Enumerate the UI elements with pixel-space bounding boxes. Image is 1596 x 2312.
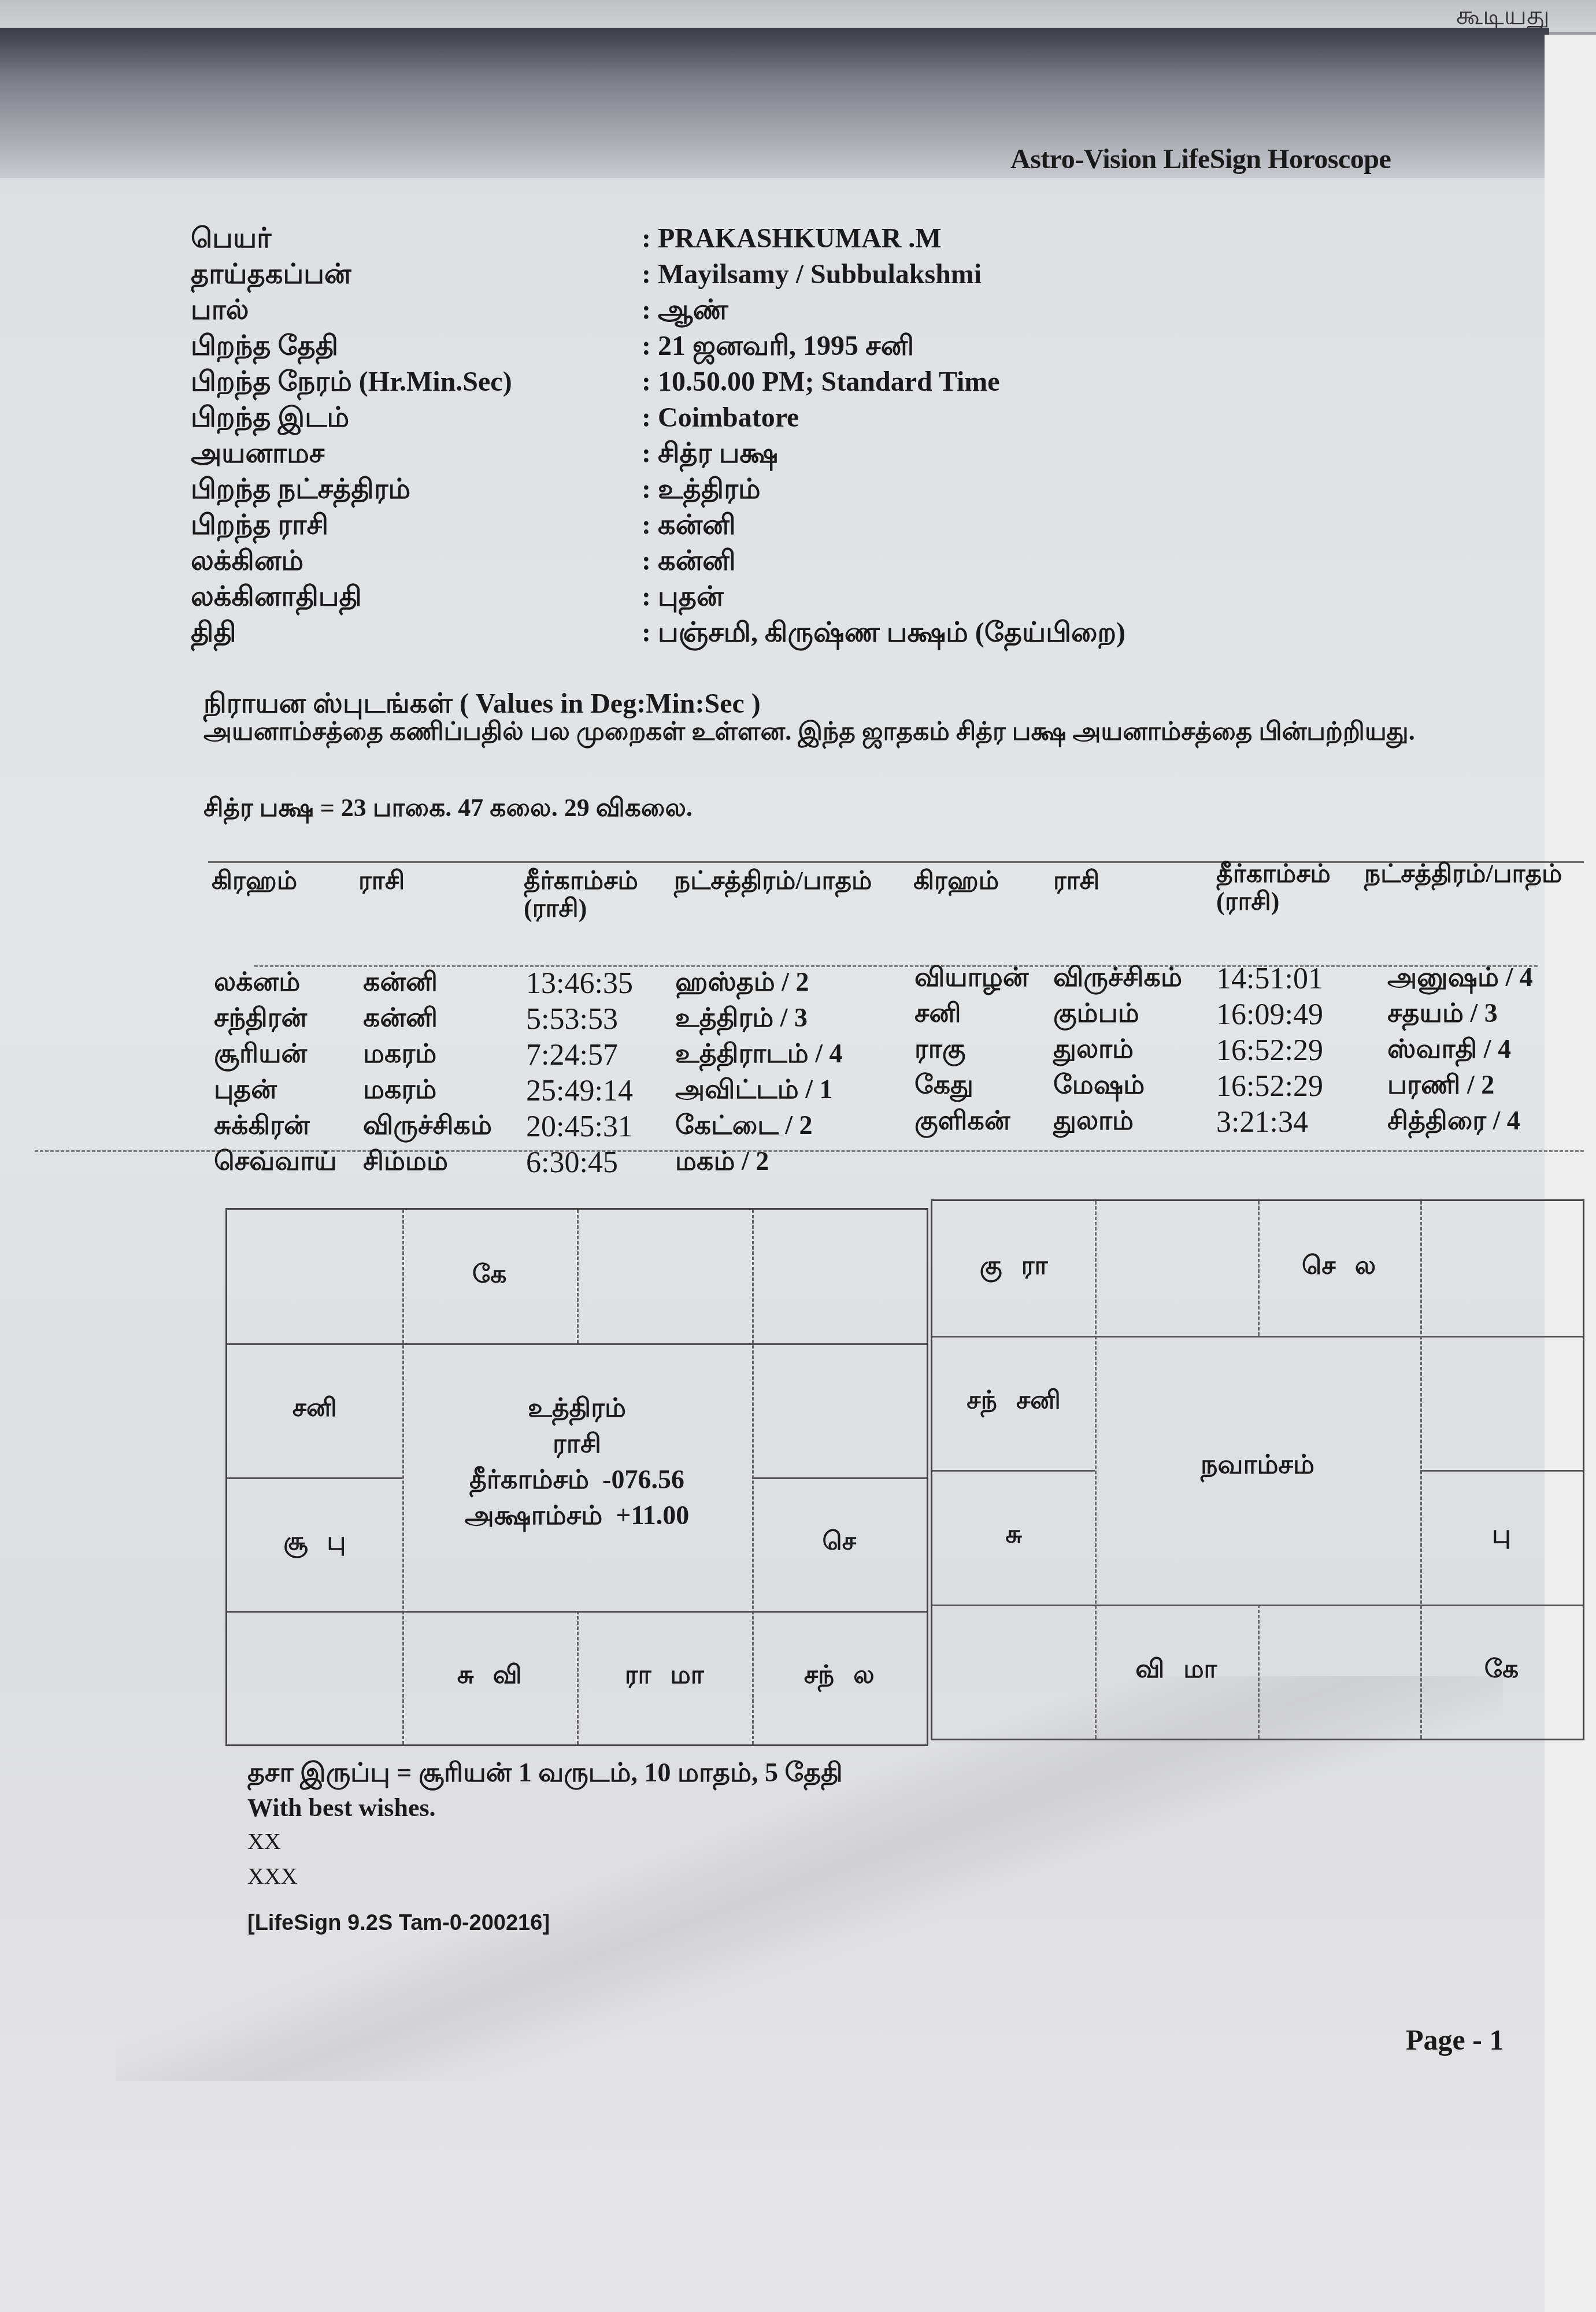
cell-longitude: 16:09:49 [1216,998,1323,1032]
house-makara: சு [932,1520,1095,1553]
cell-planet: புதன் [214,1074,277,1109]
detail-value: : புதன் [642,581,724,616]
chart-grid-line [1420,1470,1583,1472]
cell-longitude: 25:49:14 [526,1074,633,1108]
cell-star: ஹஸ்தம் / 2 [675,966,809,1001]
detail-value: : கன்னி [642,509,736,544]
cell-planet: கேது [914,1069,973,1104]
header-longitude-right: தீர்காம்சம் (ராசி) [1216,860,1355,916]
page-number: Page - 1 [1406,2023,1504,2057]
header-rasi-right: ராசி [1053,867,1099,895]
cell-longitude: 20:45:31 [526,1110,633,1144]
cell-star: சதயம் / 3 [1387,998,1498,1032]
dasa-balance: தசா இருப்பு = சூரியன் 1 வருடம், 10 மாதம்… [247,1757,843,1792]
header-longitude-left: தீர்காம்சம் (ராசி) [524,867,662,922]
cell-planet: குளிகன் [914,1105,1010,1140]
cell-star: அனுஷம் / 4 [1387,962,1533,996]
detail-value: : 21 ஜனவரி, 1995 சனி [642,330,914,365]
ayanamsa-note: அயனாம்சத்தை கணிப்பதில் பல முறைகள் உள்ளன.… [203,717,1504,747]
chart-grid-line [752,1477,927,1479]
cell-longitude: 7:24:57 [526,1038,618,1072]
house-kumbha: சனி [227,1393,402,1426]
detail-value: : பஞ்சமி, கிருஷ்ண பக்ஷம் (தேய்பிறை) [642,617,1125,652]
navamsa-chart: கு ராசெ லசந் சனிசுபுவி மாகேநவாம்சம் [931,1199,1584,1740]
page-edge [1545,35,1596,2312]
cell-rasi: கன்னி [363,966,438,1001]
cell-star: சித்திரை / 4 [1387,1105,1520,1140]
detail-value: : Coimbatore [642,402,799,433]
cell-rasi: விருச்சிகம் [363,1110,492,1144]
house-vrischika: வி மா [1095,1654,1257,1687]
detail-value: : உத்திரம் [642,473,761,509]
header-rasi-left: ராசி [358,867,405,895]
chart-center-line: உத்திரம் [402,1390,752,1426]
detail-label: லக்கினம் [191,545,303,580]
chart-grid-line [932,1336,1583,1337]
house-rishaba: செ ல [1258,1251,1420,1284]
cell-rasi: மகரம் [363,1074,436,1109]
house-kanni: கே [1420,1654,1583,1687]
cell-longitude: 13:46:35 [526,966,633,1001]
detail-label: பிறந்த நேரம் (Hr.Min.Sec) [191,366,512,401]
detail-value: : சித்ர பக்ஷ [642,438,778,473]
cell-star: கேட்டை / 2 [675,1110,813,1144]
chart-grid-line [227,1343,927,1345]
cell-longitude: 16:52:29 [1216,1069,1323,1103]
cell-longitude: 5:53:53 [526,1002,618,1036]
header-star-left: நட்சத்திரம்/பாதம் [674,867,872,895]
detail-value: : PRAKASHKUMAR .M [642,223,942,254]
header-planet-left: கிரஹம் [212,867,297,895]
detail-label: அயனாமச [191,438,324,473]
cell-rasi: சிம்மம் [363,1146,448,1180]
detail-value: : கன்னி [642,545,736,580]
next-page-edge: கூடியது [0,0,1596,32]
cell-rasi: கன்னி [363,1002,438,1037]
chart-center-line: ராசி [402,1426,752,1462]
cell-longitude: 6:30:45 [526,1146,618,1180]
chart-grid-line [227,1477,402,1479]
house-meena: கு ரா [932,1251,1095,1284]
detail-label: பிறந்த ராசி [191,509,328,544]
cell-planet: ராகு [914,1033,965,1068]
house-simha: பு [1420,1520,1583,1553]
chart-center-info: உத்திரம்ராசிதீர்காம்சம் -076.56அக்ஷாம்சம… [402,1390,752,1533]
header-planet-right: கிரஹம் [913,867,999,895]
detail-value: : ஆண் [642,294,728,329]
chart-center-line: அக்ஷாம்சம் +11.00 [402,1498,752,1533]
rasi-chart: கேசனிசூ புசெசு விரா மாசந் லஉத்திரம்ராசித… [225,1208,928,1746]
chart-grid-line [932,1470,1095,1472]
cell-planet: சந்திரன் [214,1002,307,1037]
cell-planet: சூரியன் [214,1038,307,1073]
chart-grid-line [577,1210,579,1343]
cell-rasi: துலாம் [1053,1105,1134,1140]
table-header-rule [254,965,1538,968]
cell-planet: செவ்வாய் [214,1146,337,1180]
detail-label: பிறந்த இடம் [191,402,349,437]
wishes-text: With best wishes. [247,1793,436,1822]
cell-planet: சனி [914,998,961,1032]
chart-center-label: நவாம்சம் [1095,1447,1420,1483]
header-star-right: நட்சத்திரம்/பாதம் [1364,860,1562,888]
house-thula: ரா மா [577,1660,752,1693]
detail-label: பால் [191,294,249,329]
detail-value: : 10.50.00 PM; Standard Time [642,366,1000,398]
detail-value: : Mayilsamy / Subbulakshmi [642,258,982,290]
cell-rasi: மகரம் [363,1038,436,1073]
software-version: [LifeSign 9.2S Tam-0-200216] [247,1911,550,1936]
house-kumbha: சந் சனி [932,1385,1095,1418]
cell-planet: லக்னம் [214,966,300,1001]
cell-star: உத்திரம் / 3 [675,1002,808,1037]
chart-grid-line [932,1605,1583,1606]
cell-star: அவிட்டம் / 1 [675,1074,832,1109]
cell-star: ஸ்வாதி / 4 [1387,1033,1511,1068]
detail-label: தாய்தகப்பன் [191,258,351,294]
house-mesha: கே [402,1259,577,1292]
house-kanni: சந் ல [752,1660,927,1693]
chart-grid-line [1258,1605,1260,1739]
cell-star: பரணி / 2 [1387,1069,1494,1104]
house-vrischika: சு வி [402,1660,577,1693]
cell-rasi: மேஷம் [1053,1069,1145,1104]
detail-label: திதி [191,617,236,652]
cell-longitude: 16:52:29 [1216,1033,1323,1068]
cell-star: உத்திராடம் / 4 [675,1038,843,1073]
cell-longitude: 3:21:34 [1216,1105,1308,1139]
house-simha: செ [752,1526,927,1559]
detail-label: பிறந்த தேதி [191,330,338,365]
cell-rasi: துலாம் [1053,1033,1134,1068]
house-makara: சூ பு [227,1526,402,1559]
cell-star: மகம் / 2 [675,1146,769,1180]
detail-label: லக்கினாதிபதி [191,581,362,616]
detail-label: பிறந்த நட்சத்திரம் [191,473,410,509]
cell-planet: வியாழன் [914,962,1028,996]
cell-planet: சுக்கிரன் [214,1110,310,1144]
brand-title: Astro-Vision LifeSign Horoscope [1010,143,1391,175]
ayanamsa-value: சித்ர பக்ஷ = 23 பாகை. 47 கலை. 29 விகலை. [203,793,693,826]
detail-label: பெயர் [191,223,271,258]
cell-longitude: 14:51:01 [1216,962,1323,996]
cell-rasi: விருச்சிகம் [1053,962,1182,996]
signature-line-2: XXX [247,1862,298,1889]
signature-line-1: XX [247,1828,281,1855]
cell-rasi: கும்பம் [1053,998,1139,1032]
chart-center-line: தீர்காம்சம் -076.56 [402,1462,752,1498]
chart-grid-line [227,1611,927,1613]
